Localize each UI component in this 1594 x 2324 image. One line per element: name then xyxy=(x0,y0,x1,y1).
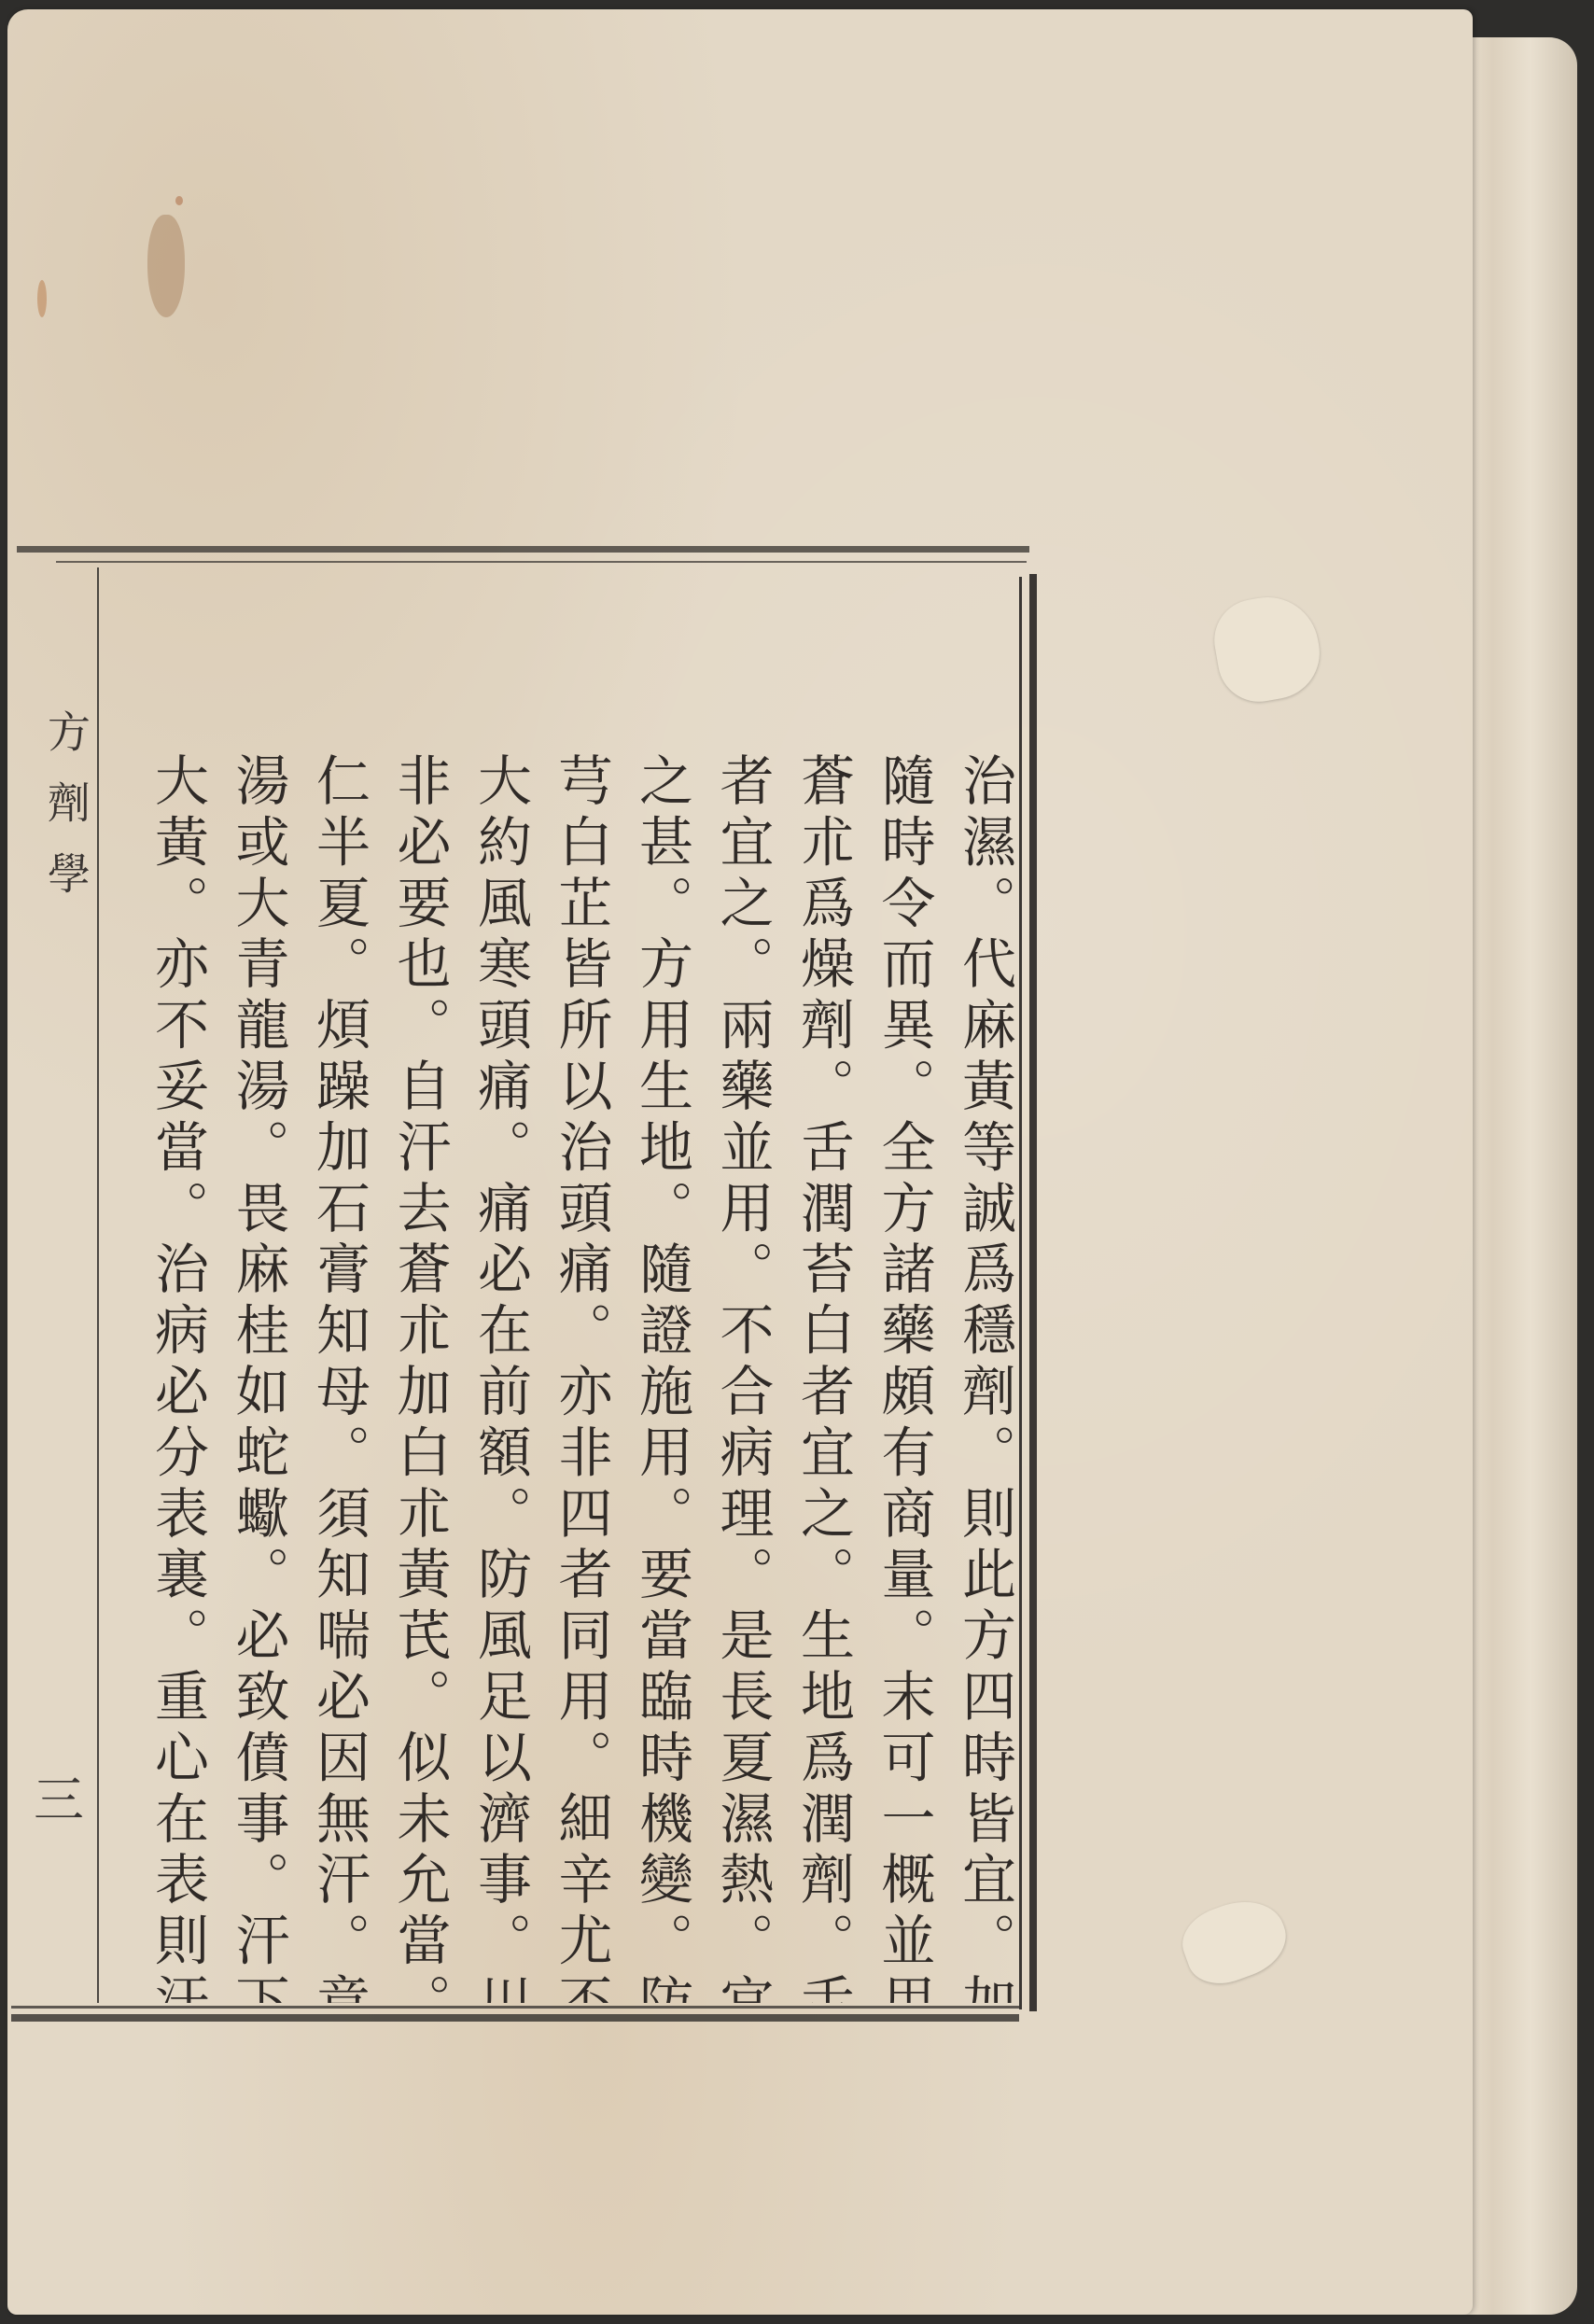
paper-repair-patch xyxy=(1208,589,1326,707)
frame-top-inner-line xyxy=(56,561,1027,563)
frame-bottom-inner-line xyxy=(11,2006,1019,2009)
text-column-10: 湯或大青龍湯。畏麻桂如蛇蠍。必致僨事。汗下兼行加 xyxy=(219,752,301,2003)
rust-stain xyxy=(175,196,183,205)
frame-top-border xyxy=(17,546,1029,553)
text-column-5: 之甚。方用生地。隨證施用。要當臨時機變。防風細辛川 xyxy=(623,752,705,2003)
frame-right-border xyxy=(1029,574,1037,2011)
text-column-7: 大約風寒頭痛。痛必在前額。防風足以濟事。川芎白芷 xyxy=(462,752,543,2003)
margin-book-title: 方劑學 xyxy=(41,709,97,922)
text-column-1: 治濕。代麻黃等誠爲穩劑。則此方四時皆宜。加減法應 xyxy=(946,752,1028,2003)
text-column-8: 非必要也。自汗去蒼朮加白朮黃芪。似未允當。喘加杏 xyxy=(381,752,462,2003)
text-column-11: 大黃。亦不妥當。治病必分表裏。重心在表則汗。重心在 xyxy=(139,752,220,2003)
text-column-9: 仁半夏。煩躁加石膏知母。須知喘必因無汗。竟宜麻黃 xyxy=(301,752,382,2003)
water-stain xyxy=(147,215,185,317)
text-column-6: 芎白芷皆所以治頭痛。亦非四者同用。細辛尤不妥當。 xyxy=(542,752,623,2003)
rust-stain xyxy=(37,280,47,317)
margin-divider-line xyxy=(97,567,99,2003)
text-column-4: 者宜之。兩藥並用。不合病理。是長夏濕熱。宜蒼朮。熱化 xyxy=(704,752,785,2003)
main-text-block: 治濕。代麻黃等誠爲穩劑。則此方四時皆宜。加減法應 隨時令而異。全方諸藥頗有商量。… xyxy=(140,752,1027,2003)
text-column-3: 蒼朮爲燥劑。舌潤苔白者宜之。生地爲潤劑。舌紅津少 xyxy=(785,752,866,2003)
text-column-2: 隨時令而異。全方諸藥頗有商量。末可一概並用。例如 xyxy=(865,752,946,2003)
page-number: 三 xyxy=(34,1760,84,1832)
frame-bottom-border xyxy=(11,2014,1019,2022)
paper-repair-patch xyxy=(1174,1889,1296,1995)
